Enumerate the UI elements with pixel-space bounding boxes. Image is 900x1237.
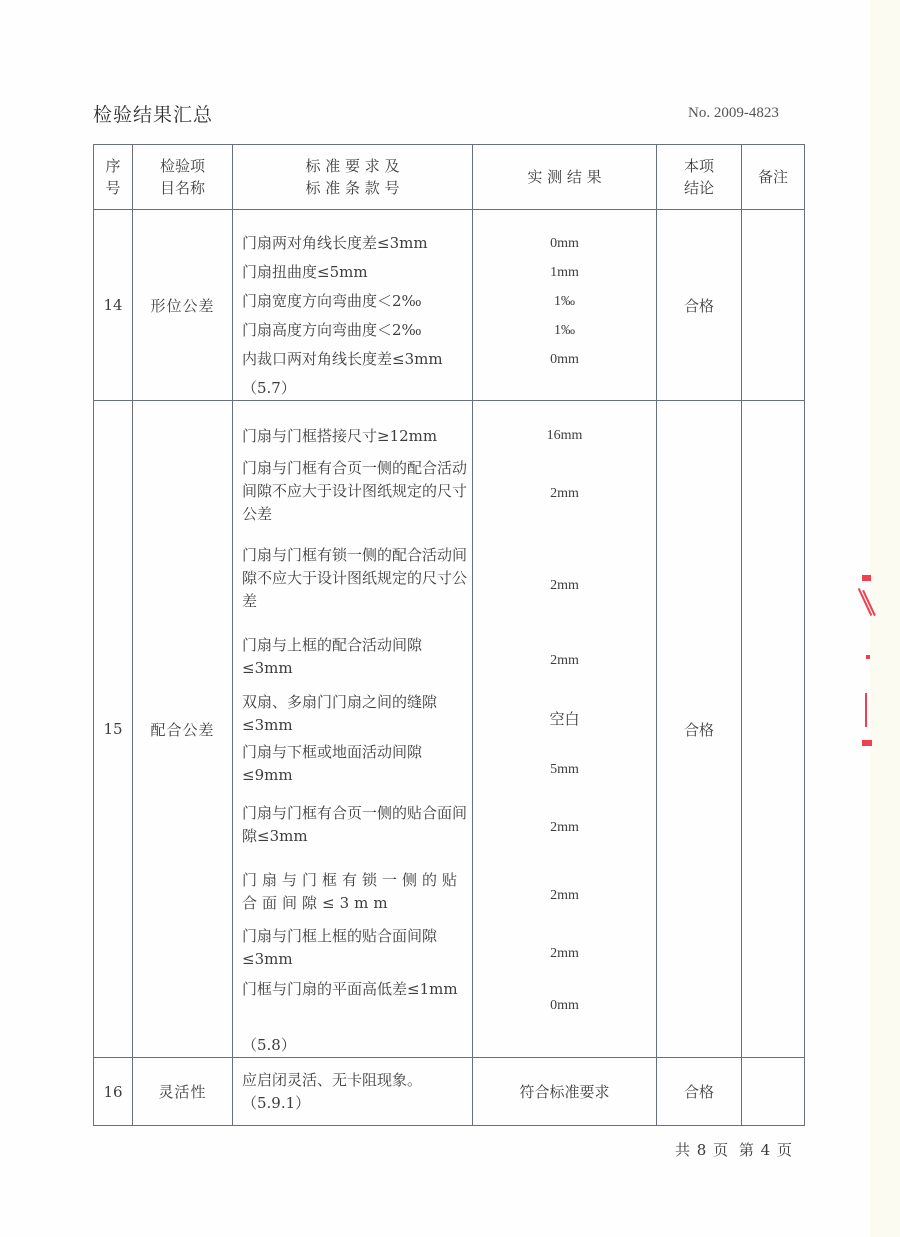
requirement: 应启闭灵活、无卡阻现象。 [242, 1069, 472, 1092]
table-row: 16 灵活性 应启闭灵活、无卡阻现象。 （5.9.1） 符合标准要求 合格 [94, 1058, 805, 1126]
requirement: 门扇与门框有锁一侧的配合活动间隙不应大于设计图纸规定的尺寸公差 [242, 544, 468, 634]
result: 1‰ [473, 290, 656, 319]
requirement: 门扇与门框有合页一侧的贴合面间隙≤3mm [242, 802, 468, 869]
row-result: 符合标准要求 [473, 1058, 657, 1126]
result: 0mm [473, 998, 656, 1014]
row-conclusion: 合格 [657, 1058, 742, 1126]
clause-ref: （5.9.1） [242, 1092, 472, 1115]
result: 5mm [473, 762, 656, 778]
requirement: 门扇两对角线长度差≤3mm [242, 232, 472, 261]
row-results: 16mm 2mm 2mm 2mm 空白 5mm 2mm 2mm 2mm 0mm [473, 401, 657, 1058]
row-no: 16 [94, 1058, 133, 1126]
row-requirements: 应启闭灵活、无卡阻现象。 （5.9.1） [233, 1058, 473, 1126]
col-header-remark: 备注 [742, 145, 805, 210]
requirement: 门扇与门框有锁一侧的贴合面间隙≤3mm [242, 869, 468, 925]
page-title: 检验结果汇总 [93, 100, 213, 127]
inspection-results-table: 序 号 检验项 目名称 标 准 要 求 及 标 准 条 款 号 实 测 结 果 … [93, 144, 805, 1126]
col-header-result: 实 测 结 果 [473, 145, 657, 210]
row-requirements: 门扇两对角线长度差≤3mm 门扇扭曲度≤5mm 门扇宽度方向弯曲度＜2‰ 门扇高… [233, 210, 473, 401]
col-header-conclusion: 本项 结论 [657, 145, 742, 210]
col-header-standard: 标 准 要 求 及 标 准 条 款 号 [233, 145, 473, 210]
requirement: 门扇与上框的配合活动间隙≤3mm [242, 634, 468, 691]
result: 1mm [473, 261, 656, 290]
table-header-row: 序 号 检验项 目名称 标 准 要 求 及 标 准 条 款 号 实 测 结 果 … [94, 145, 805, 210]
col-header-no: 序 号 [94, 145, 133, 210]
result: 2mm [473, 820, 656, 836]
row-no: 14 [94, 210, 133, 401]
result: 2mm [473, 653, 656, 669]
requirement: 门扇与门框有合页一侧的配合活动间隙不应大于设计图纸规定的尺寸公差 [242, 457, 468, 544]
row-remark [742, 401, 805, 1058]
requirement: 门扇与门框搭接尺寸≥12mm [242, 425, 468, 457]
clause-ref: （5.7） [242, 377, 472, 400]
document-number: No. 2009-4823 [688, 105, 779, 122]
row-item-name: 灵活性 [133, 1058, 233, 1126]
result: 1‰ [473, 319, 656, 348]
result: 2mm [473, 888, 656, 904]
result: 0mm [473, 232, 656, 261]
row-conclusion: 合格 [657, 210, 742, 401]
result: 16mm [473, 428, 656, 444]
page-indicator: 共 8 页 第 4 页 [675, 1139, 797, 1160]
requirement: 内裁口两对角线长度差≤3mm [242, 348, 472, 377]
requirement: 门扇宽度方向弯曲度＜2‰ [242, 290, 472, 319]
row-item-name: 形位公差 [133, 210, 233, 401]
col-header-item-name: 检验项 目名称 [133, 145, 233, 210]
table-row: 14 形位公差 门扇两对角线长度差≤3mm 门扇扭曲度≤5mm 门扇宽度方向弯曲… [94, 210, 805, 401]
clause-ref: （5.8） [242, 1034, 468, 1057]
requirement: 门扇与下框或地面活动间隙≤9mm [242, 741, 468, 802]
row-requirements: 门扇与门框搭接尺寸≥12mm 门扇与门框有合页一侧的配合活动间隙不应大于设计图纸… [233, 401, 473, 1058]
requirement: 门扇高度方向弯曲度＜2‰ [242, 319, 472, 348]
requirement: 门框与门扇的平面高低差≤1mm [242, 978, 468, 1034]
result: 2mm [473, 486, 656, 502]
current-page: 第 4 页 [739, 1141, 793, 1159]
table-row: 15 配合公差 门扇与门框搭接尺寸≥12mm 门扇与门框有合页一侧的配合活动间隙… [94, 401, 805, 1058]
result: 2mm [473, 578, 656, 594]
result: 0mm [473, 348, 656, 377]
requirement: 门扇与门框上框的贴合面间隙≤3mm [242, 925, 468, 978]
row-item-name: 配合公差 [133, 401, 233, 1058]
red-seal-stamp-fragment [860, 575, 880, 750]
total-pages: 共 8 页 [675, 1141, 729, 1159]
row-remark [742, 210, 805, 401]
requirement: 双扇、多扇门门扇之间的缝隙≤3mm [242, 691, 468, 741]
row-conclusion: 合格 [657, 401, 742, 1058]
row-remark [742, 1058, 805, 1126]
row-results: 0mm 1mm 1‰ 1‰ 0mm [473, 210, 657, 401]
result: 空白 [473, 708, 656, 729]
requirement: 门扇扭曲度≤5mm [242, 261, 472, 290]
result: 2mm [473, 946, 656, 962]
row-no: 15 [94, 401, 133, 1058]
